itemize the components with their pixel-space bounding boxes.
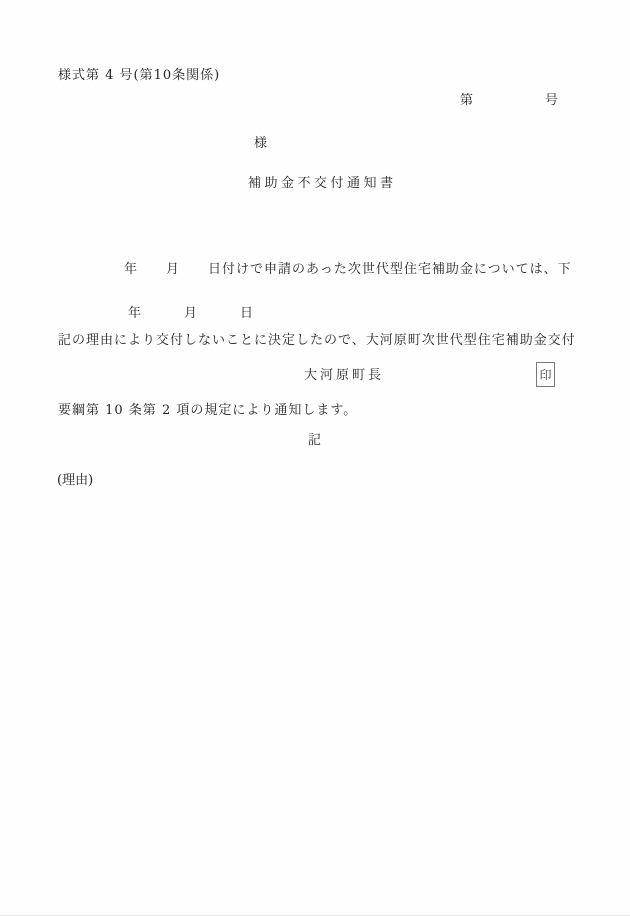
reason-label: (理由) [57,469,93,488]
record-heading: 記 [308,429,321,448]
addressee-honorific: 様 [254,132,267,151]
form-number-label: 様式第 4 号(第10条関係) [58,64,220,83]
document-page: 様式第 4 号(第10条関係) 第 号 様 補助金不交付通知書 年 月 日付けで… [0,0,630,916]
body-line: 要綱第 10 条第 2 項の規定により通知します。 [58,399,584,423]
body-line: 年 月 日付けで申請のあった次世代型住宅補助金については、下 [58,258,584,282]
date-placeholder-line: 年 月 日 [128,302,254,321]
sender-title: 大河原町長 [304,364,384,383]
document-number-suffix: 号 [545,89,558,108]
seal-box: 印 [536,362,555,387]
document-number-prefix: 第 [460,89,473,108]
body-line: 記の理由により交付しないことに決定したので、大河原町次世代型住宅補助金交付 [58,329,584,353]
document-title: 補助金不交付通知書 [248,172,397,191]
seal-mark: 印 [539,366,551,383]
